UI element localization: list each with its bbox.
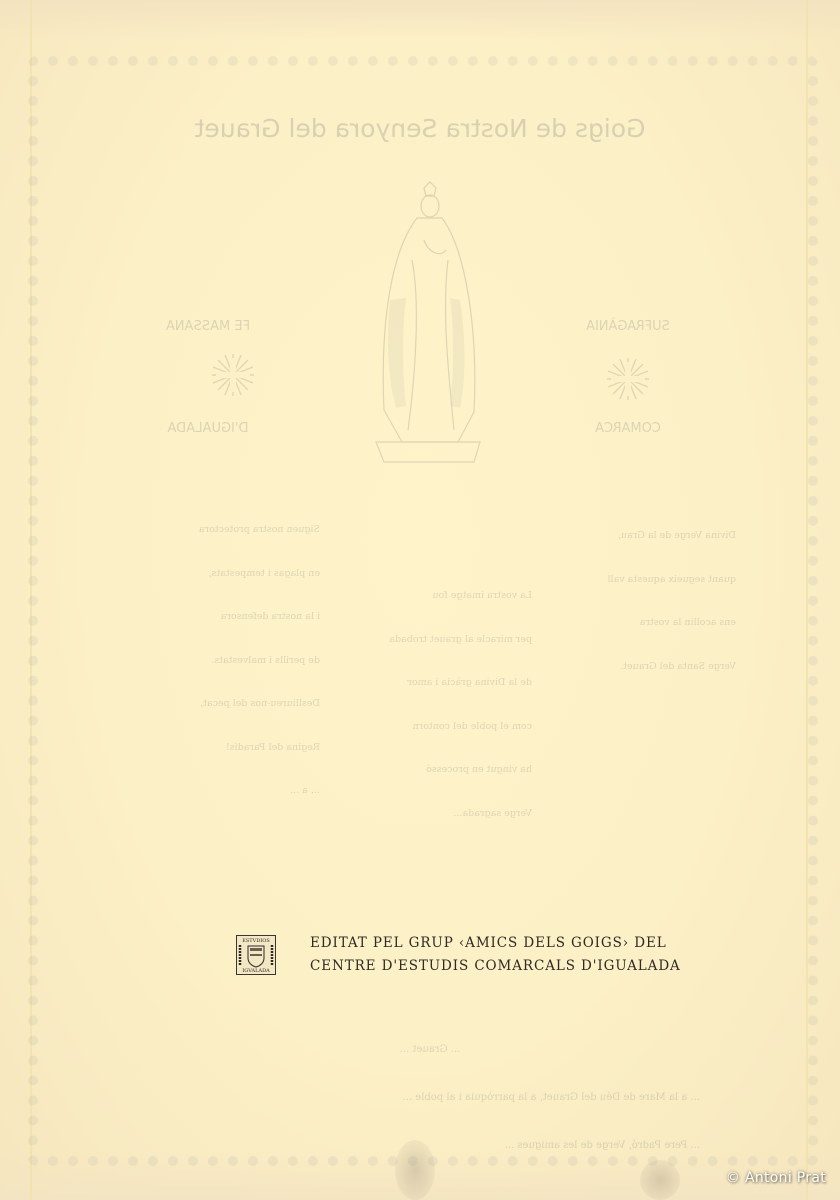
virgin-figure-show-through: [362, 180, 492, 470]
cross-emblem-icon: [210, 352, 256, 398]
seal-graphic: ESTVDIOS IGVALADA: [237, 936, 275, 974]
svg-text:IGVALADA: IGVALADA: [242, 968, 270, 974]
svg-text:ESTVDIOS: ESTVDIOS: [242, 938, 270, 944]
copyright-watermark: © Antoni Prat: [726, 1170, 826, 1186]
publisher-imprint: ESTVDIOS IGVALADA EDITAT PEL GRUP ‹AMICS…: [236, 932, 681, 978]
stain: [640, 1160, 680, 1200]
imprint-line-2: CENTRE D'ESTUDIS COMARCALS D'IGUALADA: [310, 955, 681, 978]
imprint-line-1: EDITAT PEL GRUP ‹AMICS DELS GOIGS› DEL: [310, 932, 681, 955]
centre-estudis-seal-icon: ESTVDIOS IGVALADA: [236, 935, 276, 975]
stain: [395, 1140, 435, 1200]
paper-top-edge: [0, 0, 840, 40]
cross-emblem-icon: [605, 356, 651, 402]
imprint-text: EDITAT PEL GRUP ‹AMICS DELS GOIGS› DEL C…: [310, 932, 681, 978]
